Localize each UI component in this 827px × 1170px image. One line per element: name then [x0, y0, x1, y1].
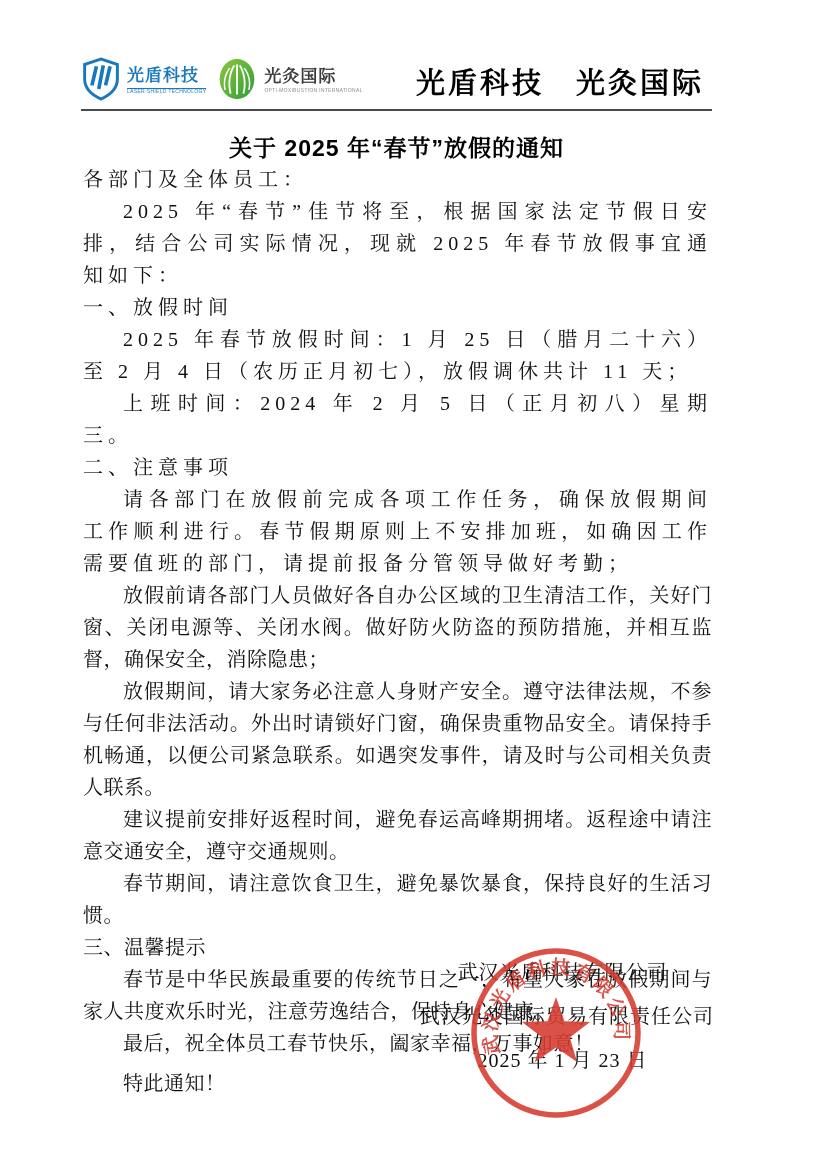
- paragraph: 2025 年春节放假时间：1 月 25 日（腊月二十六）至 2 月 4 日（农历…: [83, 324, 712, 388]
- sprout-logo-icon: [216, 55, 258, 108]
- page-title: 关于 2025 年“春节”放假的通知: [81, 130, 712, 163]
- logo2-cn-label: 光灸国际: [264, 68, 362, 87]
- paragraph: 上班时间：2024 年 2 月 5 日（正月初八）星期三。: [83, 388, 712, 452]
- laser-shield-logo: 光盾科技 LASER-SHIELD TECHNOLOGY: [81, 55, 206, 108]
- paragraph: 2025 年“春节”佳节将至，根据国家法定节假日安排，结合公司实际情况，现就 2…: [83, 196, 712, 292]
- logo1-en-label: LASER-SHIELD TECHNOLOGY: [127, 88, 206, 96]
- header-brand-text: 光盾科技 光灸国际: [416, 61, 712, 102]
- signature-date: 2025 年 1 月 23 日: [420, 1039, 705, 1083]
- logo1-cn-label: 光盾科技: [127, 67, 206, 86]
- shield-logo-icon: [81, 55, 121, 108]
- logo-group: 光盾科技 LASER-SHIELD TECHNOLOGY: [81, 55, 363, 108]
- signature-block: 武汉光盾科技有限公司 武汉光灸国际贸易有限责任公司 2025 年 1 月 23 …: [420, 951, 705, 1083]
- paragraph: 一、放假时间: [83, 292, 712, 324]
- opti-moxibustion-logo: 光灸国际 OPTI-MOXIBUSTION INTERNATIONAL: [216, 55, 362, 108]
- header: 光盾科技 LASER-SHIELD TECHNOLOGY: [81, 54, 712, 111]
- paragraph: 放假期间，请大家务必注意人身财产安全。遵守法律法规，不参与任何非法活动。外出时请…: [83, 676, 712, 804]
- paragraph: 建议提前安排好返程时间，避免春运高峰期拥堵。返程途中请注意交通安全，遵守交通规则…: [83, 804, 712, 868]
- paragraph: 各部门及全体员工：: [83, 164, 712, 196]
- company-name-1: 武汉光盾科技有限公司: [420, 951, 705, 995]
- company-name-2: 武汉光灸国际贸易有限责任公司: [420, 995, 705, 1039]
- logo2-en-label: OPTI-MOXIBUSTION INTERNATIONAL: [264, 89, 362, 95]
- opti-moxibustion-logo-text: 光灸国际 OPTI-MOXIBUSTION INTERNATIONAL: [264, 68, 362, 94]
- document-page: 光盾科技 LASER-SHIELD TECHNOLOGY: [0, 0, 827, 1170]
- paragraph: 放假前请各部门人员做好各自办公区域的卫生清洁工作，关好门窗、关闭电源等、关闭水阀…: [83, 580, 712, 676]
- paragraph: 请各部门在放假前完成各项工作任务，确保放假期间工作顺利进行。春节假期原则上不安排…: [83, 484, 712, 580]
- paragraph: 春节期间，请注意饮食卫生，避免暴饮暴食，保持良好的生活习惯。: [83, 868, 712, 932]
- paragraph: 二、注意事项: [83, 452, 712, 484]
- laser-shield-logo-text: 光盾科技 LASER-SHIELD TECHNOLOGY: [127, 67, 206, 95]
